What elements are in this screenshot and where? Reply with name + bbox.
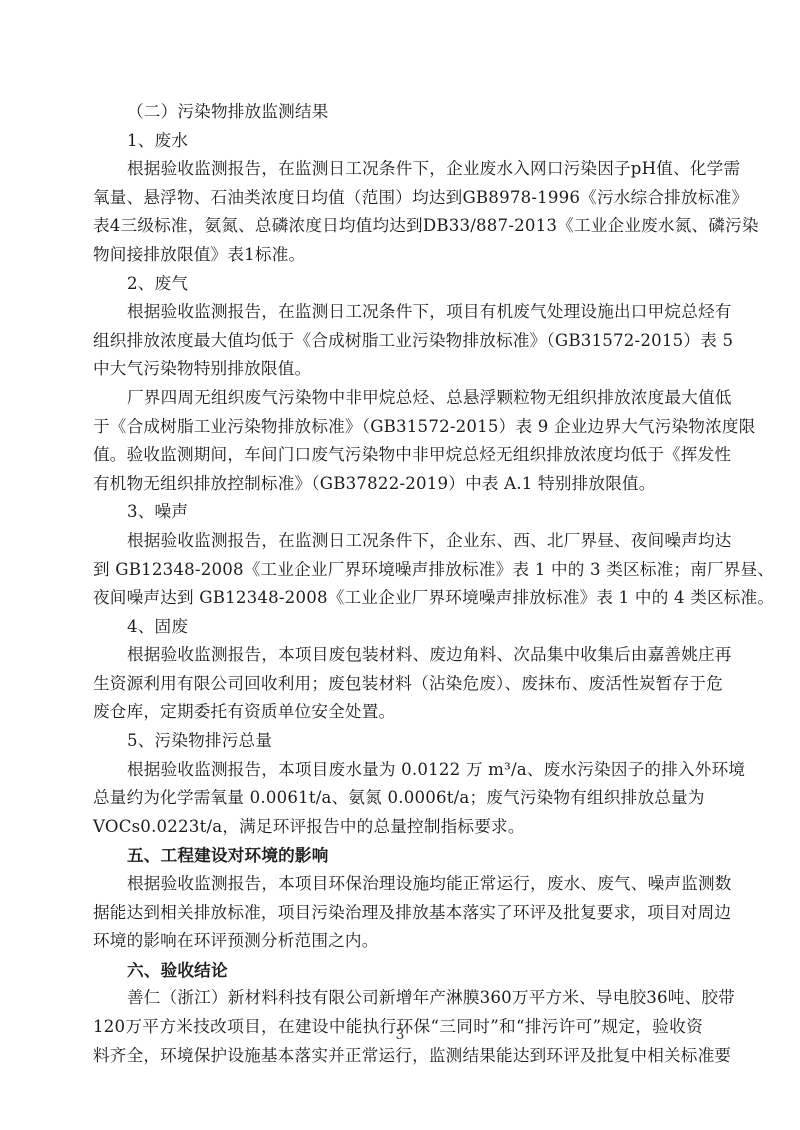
- paragraph-line: 根据验收监测报告，本项目环保治理设施均能正常运行，废水、废气、噪声监测数: [93, 870, 703, 899]
- page-number: 3: [0, 1027, 800, 1043]
- paragraph-line: 值。验收监测期间，车间门口废气污染物中非甲烷总烃无组织排放浓度均低于《挥发性: [93, 441, 703, 470]
- subsection-title-exhaust-gas: 2、废气: [93, 270, 703, 299]
- paragraph-line: 根据验收监测报告，本项目废包装材料、废边角料、次品集中收集后由嘉善姚庄再: [93, 641, 703, 670]
- paragraph-line: 料齐全，环境保护设施基本落实并正常运行，监测结果能达到环评及批复中相关标准要: [93, 1042, 703, 1071]
- paragraph-line: 表4三级标准，氨氮、总磷浓度日均值均达到DB33/887-2013《工业企业废水…: [93, 212, 703, 241]
- paragraph-line: 厂界四周无组织废气污染物中非甲烷总烃、总悬浮颗粒物无组织排放浓度最大值低: [93, 384, 703, 413]
- paragraph-line: 根据验收监测报告，本项目废水量为 0.0122 万 m³/a、废水污染因子的排入…: [93, 756, 703, 785]
- section-heading: （二）污染物排放监测结果: [93, 98, 703, 127]
- paragraph-line: 据能达到相关排放标准，项目污染治理及排放基本落实了环评及批复要求，项目对周边: [93, 899, 703, 928]
- subsection-title-total-emissions: 5、污染物排污总量: [93, 727, 703, 756]
- paragraph-line: 氧量、悬浮物、石油类浓度日均值（范围）均达到GB8978-1996《污水综合排放…: [93, 184, 703, 213]
- subsection-title-noise: 3、噪声: [93, 498, 703, 527]
- chapter-title-acceptance-conclusion: 六、验收结论: [93, 956, 703, 985]
- paragraph-line: 中大气污染物特别排放限值。: [93, 355, 703, 384]
- paragraph-line: 生资源利用有限公司回收利用；废包装材料（沾染危废）、废抹布、废活性炭暂存于危: [93, 670, 703, 699]
- paragraph-line: VOCs0.0223t/a，满足环评报告中的总量控制指标要求。: [93, 813, 703, 842]
- paragraph-line: 夜间噪声达到 GB12348-2008《工业企业厂界环境噪声排放标准》表 1 中…: [93, 584, 703, 613]
- paragraph-line: 根据验收监测报告，在监测日工况条件下，企业废水入网口污染因子pH值、化学需: [93, 155, 703, 184]
- paragraph-line: 总量约为化学需氧量 0.0061t/a、氨氮 0.0006t/a；废气污染物有组…: [93, 784, 703, 813]
- paragraph-line: 根据验收监测报告，在监测日工况条件下，企业东、西、北厂界昼、夜间噪声均达: [93, 527, 703, 556]
- paragraph-line: 到 GB12348-2008《工业企业厂界环境噪声排放标准》表 1 中的 3 类…: [93, 556, 703, 585]
- paragraph-line: 废仓库，定期委托有资质单位安全处置。: [93, 698, 703, 727]
- paragraph-line: 善仁（浙江）新材料科技有限公司新增年产淋膜360万平方米、导电胶36吨、胶带: [93, 984, 703, 1013]
- paragraph-line: 物间接排放限值》表1标准。: [93, 241, 703, 270]
- paragraph-line: 根据验收监测报告，在监测日工况条件下，项目有机废气处理设施出口甲烷总烃有: [93, 298, 703, 327]
- document-page: （二）污染物排放监测结果 1、废水 根据验收监测报告，在监测日工况条件下，企业废…: [93, 98, 703, 1070]
- chapter-title-environmental-impact: 五、工程建设对环境的影响: [93, 841, 703, 870]
- paragraph-line: 组织排放浓度最大值均低于《合成树脂工业污染物排放标准》（GB31572-2015…: [93, 327, 703, 356]
- subsection-title-wastewater: 1、废水: [93, 127, 703, 156]
- paragraph-line: 环境的影响在环评预测分析范围之内。: [93, 927, 703, 956]
- paragraph-line: 有机物无组织排放控制标准》（GB37822-2019）中表 A.1 特别排放限值…: [93, 470, 703, 499]
- paragraph-line: 于《合成树脂工业污染物排放标准》（GB31572-2015）表 9 企业边界大气…: [93, 413, 703, 442]
- subsection-title-solid-waste: 4、固废: [93, 613, 703, 642]
